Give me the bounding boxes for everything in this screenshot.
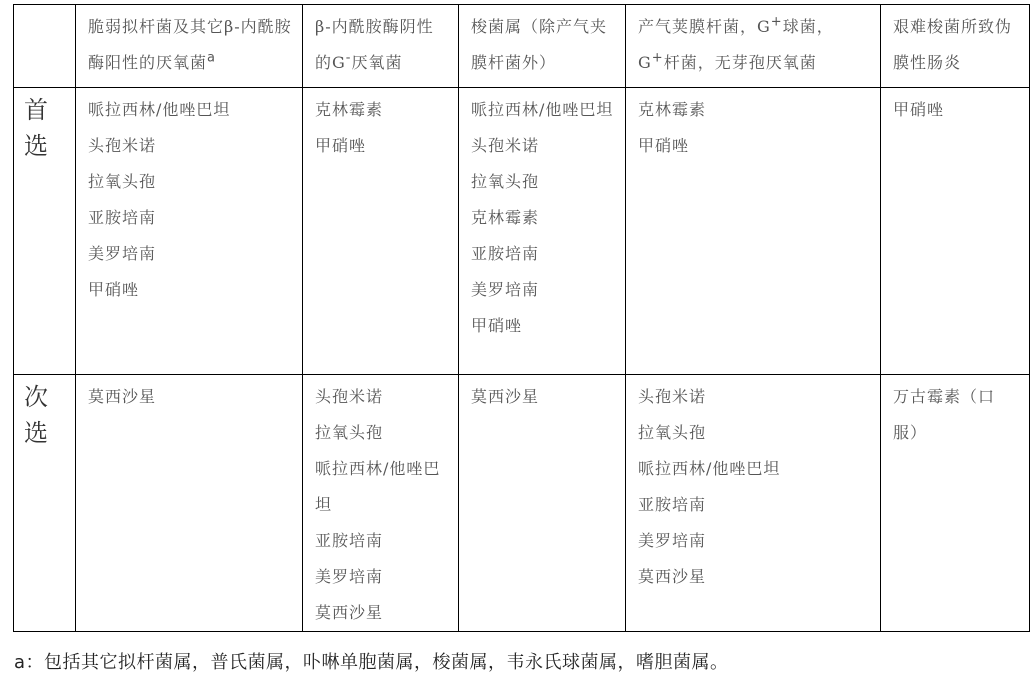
drug-name: 克林霉素 (315, 92, 448, 128)
drug-name: 哌拉西林/他唑巴坦 (638, 451, 870, 487)
drug-name: 甲硝唑 (471, 308, 615, 344)
row-label: 首选 (14, 88, 76, 375)
header-beta-lactamase-negative: β-内酰胺酶阴性的G-厌氧菌 (303, 5, 459, 88)
drug-name: 拉氧头孢 (638, 415, 870, 451)
drug-name: 拉氧头孢 (315, 415, 448, 451)
header-perfringens: 产气荚膜杆菌，G+球菌，G+杆菌，无芽孢厌氧菌 (626, 5, 881, 88)
drug-name: 甲硝唑 (88, 272, 292, 308)
footnote: a：包括其它拟杆菌属，普氏菌属，卟啉单胞菌属，梭菌属，韦永氏球菌属，嗜胆菌属。 (14, 648, 729, 674)
drug-name: 头孢米诺 (315, 379, 448, 415)
row-second-choice: 次选莫西沙星头孢米诺拉氧头孢哌拉西林/他唑巴坦亚胺培南美罗培南莫西沙星莫西沙星头… (14, 375, 1030, 632)
header-clostridium: 梭菌属（除产气夹膜杆菌外） (459, 5, 626, 88)
row-first-choice: 首选哌拉西林/他唑巴坦头孢米诺拉氧头孢亚胺培南美罗培南甲硝唑克林霉素甲硝唑哌拉西… (14, 88, 1030, 375)
antibiotic-table: 脆弱拟杆菌及其它β-内酰胺酶阳性的厌氧菌a β-内酰胺酶阴性的G-厌氧菌 梭菌属… (13, 4, 1030, 632)
drug-name: 头孢米诺 (638, 379, 870, 415)
drug-name: 莫西沙星 (638, 559, 870, 595)
header-corner (14, 5, 76, 88)
drug-cell: 克林霉素甲硝唑 (626, 88, 881, 375)
drug-name: 万古霉素（口服） (893, 379, 1019, 451)
row-label-char: 首 (24, 92, 65, 128)
drug-cell: 甲硝唑 (881, 88, 1030, 375)
header-row: 脆弱拟杆菌及其它β-内酰胺酶阳性的厌氧菌a β-内酰胺酶阴性的G-厌氧菌 梭菌属… (14, 5, 1030, 88)
header-difficile: 艰难梭菌所致伪膜性肠炎 (881, 5, 1030, 88)
row-label-char: 次 (24, 379, 65, 415)
drug-name: 克林霉素 (638, 92, 870, 128)
drug-name: 美罗培南 (471, 272, 615, 308)
drug-name: 拉氧头孢 (471, 164, 615, 200)
drug-name: 亚胺培南 (471, 236, 615, 272)
row-label-char: 选 (24, 128, 65, 164)
drug-cell: 哌拉西林/他唑巴坦头孢米诺拉氧头孢克林霉素亚胺培南美罗培南甲硝唑 (459, 88, 626, 375)
drug-name: 莫西沙星 (315, 595, 448, 631)
drug-cell: 莫西沙星 (76, 375, 303, 632)
row-label-char: 选 (24, 415, 65, 451)
drug-name: 头孢米诺 (471, 128, 615, 164)
drug-name: 美罗培南 (88, 236, 292, 272)
drug-name: 甲硝唑 (893, 92, 1019, 128)
drug-name: 哌拉西林/他唑巴坦 (471, 92, 615, 128)
drug-name: 莫西沙星 (88, 379, 292, 415)
drug-name: 亚胺培南 (88, 200, 292, 236)
drug-cell: 克林霉素甲硝唑 (303, 88, 459, 375)
drug-name: 头孢米诺 (88, 128, 292, 164)
drug-cell: 莫西沙星 (459, 375, 626, 632)
drug-name: 克林霉素 (471, 200, 615, 236)
drug-name: 美罗培南 (638, 523, 870, 559)
drug-cell: 头孢米诺拉氧头孢哌拉西林/他唑巴坦亚胺培南美罗培南莫西沙星 (303, 375, 459, 632)
drug-name: 哌拉西林/他唑巴坦 (88, 92, 292, 128)
drug-cell: 万古霉素（口服） (881, 375, 1030, 632)
drug-name: 甲硝唑 (315, 128, 448, 164)
drug-name: 拉氧头孢 (88, 164, 292, 200)
row-label: 次选 (14, 375, 76, 632)
drug-name: 美罗培南 (315, 559, 448, 595)
drug-cell: 头孢米诺拉氧头孢哌拉西林/他唑巴坦亚胺培南美罗培南莫西沙星 (626, 375, 881, 632)
drug-name: 哌拉西林/他唑巴坦 (315, 451, 448, 523)
drug-name: 甲硝唑 (638, 128, 870, 164)
drug-name: 亚胺培南 (638, 487, 870, 523)
drug-name: 莫西沙星 (471, 379, 615, 415)
drug-cell: 哌拉西林/他唑巴坦头孢米诺拉氧头孢亚胺培南美罗培南甲硝唑 (76, 88, 303, 375)
header-bacteroides: 脆弱拟杆菌及其它β-内酰胺酶阳性的厌氧菌a (76, 5, 303, 88)
drug-name: 亚胺培南 (315, 523, 448, 559)
